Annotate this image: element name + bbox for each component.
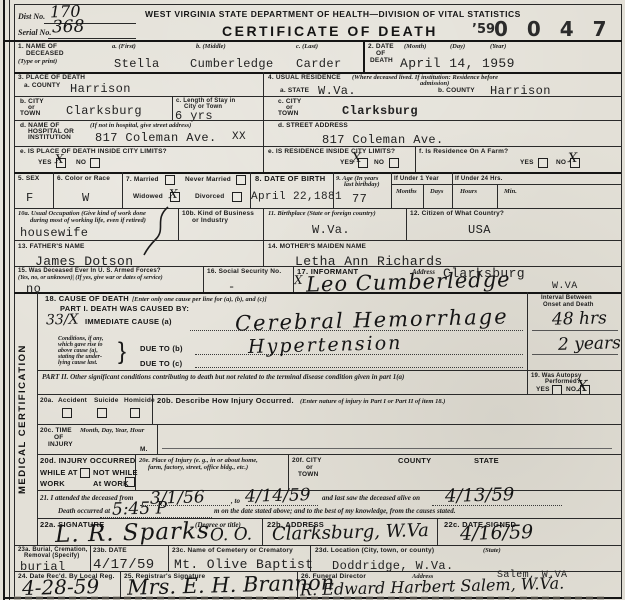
under-1-year-label: If Under 1 Year bbox=[394, 176, 439, 183]
first-name-value: Stella bbox=[114, 58, 160, 70]
last-saw-date: 4/13/59 bbox=[445, 486, 515, 506]
page-edge-line-outer bbox=[3, 0, 5, 600]
business-label2: or Industry bbox=[192, 217, 228, 224]
city-label-town: TOWN bbox=[20, 110, 41, 117]
occupation-label2: during most of working life, even if ret… bbox=[30, 217, 146, 225]
row20c-div bbox=[157, 424, 158, 454]
row20c-bottom bbox=[37, 454, 621, 455]
department-line: WEST VIRGINIA STATE DEPARTMENT OF HEALTH… bbox=[145, 9, 521, 19]
row7-div1 bbox=[178, 208, 179, 240]
hospital-extra-mark: XX bbox=[232, 132, 246, 143]
autopsy-yes-label: YES bbox=[536, 386, 550, 393]
city-value: Clarksburg bbox=[66, 105, 142, 117]
pod-yes-label: YES bbox=[38, 159, 52, 166]
name-label2: DECEASED bbox=[26, 50, 64, 57]
time-m-label: M. bbox=[140, 446, 148, 453]
res-no-checkbox bbox=[389, 158, 399, 168]
row6-div5 bbox=[391, 172, 392, 208]
attended-to-date: 4/14/59 bbox=[245, 487, 311, 506]
farm-no-label: NO bbox=[556, 159, 566, 166]
residence-city-value: Clarksburg bbox=[342, 105, 418, 117]
burial-state-label: (State) bbox=[483, 547, 501, 555]
place-of-injury-label2: farm, factory, street, office bldg., etc… bbox=[148, 464, 248, 472]
death-occurred-label2: m on the date stated above; and to the b… bbox=[214, 507, 455, 515]
row22-div1 bbox=[262, 518, 263, 545]
interval-header1: Interval Between bbox=[541, 295, 592, 302]
cause-b-value: Hypertension bbox=[248, 334, 403, 357]
cemetery-value: Mt. Olive Baptist bbox=[174, 558, 313, 571]
interval-column-divider bbox=[527, 292, 528, 394]
immediate-cause-label: IMMEDIATE CAUSE (a) bbox=[85, 318, 172, 327]
row21-bottom bbox=[37, 518, 621, 519]
accident-checkbox bbox=[62, 408, 72, 418]
pod-no-checkbox bbox=[90, 158, 100, 168]
autopsy-no-label: NO bbox=[566, 386, 576, 393]
residence-state-label: a. STATE bbox=[280, 87, 309, 94]
row6-div6 bbox=[452, 172, 453, 208]
date-of-death-label3: DEATH bbox=[370, 57, 393, 64]
row24-div1 bbox=[120, 571, 121, 597]
last-saw-label: and last saw the deceased alive on bbox=[322, 494, 420, 502]
row19-bottom bbox=[37, 394, 621, 395]
injury-state-label: STATE bbox=[474, 457, 499, 466]
pod-yes-mark: X bbox=[55, 153, 64, 165]
informant-x-mark: X bbox=[294, 274, 303, 286]
day-label: (Day) bbox=[450, 43, 465, 51]
street-address-value: 817 Coleman Ave. bbox=[322, 134, 444, 146]
due-to-c-label: DUE TO (c) bbox=[140, 360, 182, 369]
row20a-bottom bbox=[37, 424, 621, 425]
row9-div1 bbox=[203, 266, 204, 292]
farm-label: f. Is Residence On A Farm? bbox=[419, 148, 508, 155]
never-married-label: Never Married bbox=[185, 176, 231, 183]
name-note: (Type or print) bbox=[18, 58, 57, 66]
farm-no-mark: X bbox=[568, 152, 578, 165]
last-name-label: c. (Last) bbox=[296, 43, 318, 51]
birthplace-value: W.Va. bbox=[312, 224, 350, 236]
injury-city-label-town: TOWN bbox=[298, 471, 319, 478]
father-name-label: 13. FATHER'S NAME bbox=[18, 243, 85, 250]
first-name-label: a. (First) bbox=[112, 43, 136, 51]
medical-certification-sidebar: MEDICAL CERTIFICATION bbox=[17, 300, 28, 538]
informant-address-value: Clarksburg bbox=[443, 267, 525, 280]
death-certificate-scan: Dist No. 170 Serial No. 368 WEST VIRGINI… bbox=[0, 0, 625, 600]
widowed-mark: X bbox=[169, 188, 178, 200]
physician-address-value: Clarksburg, W.Va bbox=[272, 522, 429, 544]
time-writing-line bbox=[162, 448, 612, 449]
cause-c-line bbox=[195, 367, 523, 368]
part2-top bbox=[37, 370, 621, 371]
row7-bottom bbox=[14, 240, 621, 241]
divorced-label: Divorced bbox=[195, 193, 224, 200]
cut-off-text-strip bbox=[14, 596, 604, 600]
days-label: Days bbox=[430, 188, 443, 196]
street-address-label: d. STREET ADDRESS bbox=[278, 122, 348, 129]
hospital-value: 817 Coleman Ave. bbox=[95, 132, 217, 144]
hospital-label3: INSTITUTION bbox=[28, 134, 71, 141]
race-value: W bbox=[82, 192, 90, 204]
never-married-checkbox bbox=[236, 175, 246, 185]
autopsy-label2: Performed? bbox=[545, 379, 581, 386]
while-at-work-label: WHILE AT bbox=[40, 469, 78, 478]
res-yes-mark: X bbox=[352, 152, 362, 165]
injury-20a-label: 20a. bbox=[40, 397, 53, 404]
citizen-value: USA bbox=[468, 224, 491, 236]
widowed-label: Widowed bbox=[133, 193, 163, 200]
row22-div2 bbox=[437, 518, 438, 545]
time-of-injury-note: Month, Day, Year, Hour bbox=[80, 427, 144, 435]
middle-name-label: b. (Middle) bbox=[196, 43, 226, 51]
sex-value: F bbox=[26, 192, 34, 204]
header-divider bbox=[3, 40, 622, 42]
part2-label: PART II. Other significant conditions co… bbox=[42, 373, 404, 381]
row2-bottom bbox=[14, 96, 621, 97]
sex-label: 5. SEX bbox=[18, 175, 39, 182]
form-top-border bbox=[14, 4, 621, 5]
dob-value: April 22,1881 bbox=[251, 192, 342, 203]
residence-county-label: b. COUNTY bbox=[438, 87, 475, 94]
armed-forces-label: 15. Was Deceased Ever In U. S. Armed For… bbox=[18, 268, 161, 275]
county-value: Harrison bbox=[70, 83, 131, 95]
dist-no-label: Dist No. bbox=[18, 12, 45, 22]
interval-a-value: 48 hrs bbox=[552, 310, 607, 328]
while-at-work-checkbox bbox=[80, 468, 90, 478]
date-signed-value: 4/16/59 bbox=[460, 523, 534, 544]
part1-label: PART I. DEATH WAS CAUSED BY: bbox=[60, 305, 189, 314]
describe-injury-label: 20b. Describe How Injury Occurred. bbox=[157, 397, 294, 406]
row8-div bbox=[263, 240, 264, 266]
race-label: 6. Color or Race bbox=[57, 175, 110, 182]
autopsy-no-mark: X bbox=[577, 379, 588, 394]
cause-of-death-note: [Enter only one cause per line for (a), … bbox=[132, 296, 267, 304]
min-label: Min. bbox=[504, 188, 517, 196]
row6-subline bbox=[391, 184, 621, 185]
stamp-year: ’59 bbox=[472, 22, 495, 37]
under-24-hrs-label: If Under 24 Hrs. bbox=[455, 176, 503, 183]
cause-of-death-label: 18. CAUSE OF DEATH bbox=[45, 295, 129, 304]
year-label: (Year) bbox=[490, 43, 506, 51]
main-column-divider bbox=[263, 72, 264, 172]
row7-div3 bbox=[406, 208, 407, 240]
married-label: 7. Married bbox=[126, 176, 159, 183]
degree-value: O. O. bbox=[210, 526, 253, 544]
date-received-value: 4-28-59 bbox=[22, 576, 100, 598]
row20d-div2 bbox=[288, 454, 289, 490]
certificate-title: CERTIFICATE OF DEATH bbox=[222, 23, 438, 39]
row6-div8 bbox=[497, 184, 498, 208]
accident-label: Accident bbox=[58, 397, 87, 404]
place-of-death-label: 3. PLACE OF DEATH bbox=[18, 74, 85, 81]
informant-address-label: Address bbox=[412, 268, 435, 276]
usual-residence-label: 4. USUAL RESIDENCE bbox=[268, 74, 341, 81]
months-label: Months bbox=[396, 188, 417, 196]
describe-injury-note: (Enter nature of injury in Part I or Par… bbox=[300, 398, 445, 406]
row6-div1 bbox=[53, 172, 54, 208]
interval-b-line bbox=[532, 354, 618, 355]
homicide-label: Homicide bbox=[124, 397, 155, 404]
married-checkbox bbox=[165, 175, 175, 185]
serial-no-line bbox=[48, 38, 136, 39]
dob-label: 8. DATE OF BIRTH bbox=[255, 175, 326, 184]
row4-bottom bbox=[14, 146, 621, 147]
burial-date-value: 4/17/59 bbox=[93, 558, 155, 572]
mother-name-label: 14. MOTHER'S MAIDEN NAME bbox=[268, 243, 366, 250]
farm-yes-label: YES bbox=[520, 159, 534, 166]
burial-label2: Removal (Specify) bbox=[24, 553, 79, 560]
stray-pen-mark bbox=[140, 205, 174, 257]
row22-bottom bbox=[14, 545, 621, 546]
page-edge-line-inner bbox=[9, 0, 10, 600]
sidebar-border bbox=[37, 292, 38, 545]
age-label2: last birthday) bbox=[344, 181, 380, 189]
interval-b-value: 2 years bbox=[558, 335, 621, 354]
date-of-death-value: April 14, 1959 bbox=[400, 57, 515, 70]
citizen-label: 12. Citizen of What Country? bbox=[410, 210, 504, 217]
row6-bottom bbox=[14, 208, 621, 209]
farm-divider bbox=[415, 146, 416, 172]
burial-date-label: 23b. DATE bbox=[93, 547, 127, 554]
row20d-bottom bbox=[37, 490, 621, 491]
conditions-note5: lying cause last. bbox=[58, 360, 98, 367]
serial-no-label: Serial No. bbox=[18, 28, 51, 38]
death-time-value: 5:45 P bbox=[112, 500, 167, 518]
serial-no-value: 368 bbox=[52, 19, 85, 37]
row23-div2 bbox=[168, 545, 169, 571]
time-of-injury-label3: INJURY bbox=[48, 441, 73, 448]
pod-no-label: NO bbox=[76, 159, 86, 166]
county-label: a. COUNTY bbox=[24, 82, 60, 89]
suicide-label: Suicide bbox=[94, 397, 119, 404]
while-at-work-label2: WORK bbox=[40, 480, 65, 489]
not-while-label2: At WORK bbox=[93, 480, 129, 489]
residence-city-label-town: TOWN bbox=[278, 110, 299, 117]
divorced-checkbox bbox=[232, 192, 242, 202]
middle-name-value: Cumberledge bbox=[190, 58, 274, 70]
conditions-brace: } bbox=[118, 338, 126, 366]
interval-a-line bbox=[532, 330, 618, 331]
death-occurred-label: Death occurred at bbox=[58, 507, 110, 515]
farm-yes-checkbox bbox=[538, 158, 548, 168]
due-to-b-label: DUE TO (b) bbox=[140, 345, 183, 354]
informant-address-state: W.VA bbox=[552, 282, 578, 292]
occupation-value: housewife bbox=[20, 227, 88, 239]
row6-div2 bbox=[122, 172, 123, 208]
age-value: 77 bbox=[352, 193, 367, 205]
row1-divider bbox=[363, 40, 365, 72]
pod-limits-label: e. IS PLACE OF DEATH INSIDE CITY LIMITS? bbox=[20, 148, 167, 155]
cemetery-label: 23c. Name of Cemetery or Crematory bbox=[172, 547, 293, 554]
row3-bottom bbox=[14, 120, 621, 121]
res-limits-label: e. IS RESIDENCE INSIDE CITY LIMITS? bbox=[268, 148, 395, 155]
stamp-number: 0 0 4 7 0 4 bbox=[494, 17, 625, 41]
hospital-note: (If not in hospital, give street address… bbox=[90, 122, 191, 130]
form-right-border bbox=[621, 4, 622, 597]
form-left-border bbox=[14, 4, 15, 597]
ssn-label: 16. Social Security No. bbox=[207, 268, 281, 275]
month-label: (Month) bbox=[404, 43, 426, 51]
injury-county-label: COUNTY bbox=[398, 457, 431, 466]
stay-divider bbox=[172, 96, 173, 120]
homicide-checkbox bbox=[130, 408, 140, 418]
hours-label: Hours bbox=[460, 188, 477, 196]
birthplace-label: 11. Birthplace (State or foreign country… bbox=[268, 210, 376, 218]
burial-location-label: 23d. Location (City, town, or county) bbox=[315, 547, 434, 554]
row7-div2 bbox=[263, 208, 264, 240]
attended-to-label: , to bbox=[231, 497, 240, 505]
cause-code: 33/X bbox=[46, 313, 79, 328]
res-no-label: NO bbox=[374, 159, 384, 166]
row23-div1 bbox=[90, 545, 91, 571]
injury-occurred-label: 20d. INJURY OCCURRED bbox=[40, 457, 136, 466]
physician-signature: L. R. Sparks bbox=[55, 520, 210, 547]
suicide-checkbox bbox=[97, 408, 107, 418]
row6-div7 bbox=[423, 184, 424, 208]
last-name-value: Carder bbox=[296, 58, 342, 70]
